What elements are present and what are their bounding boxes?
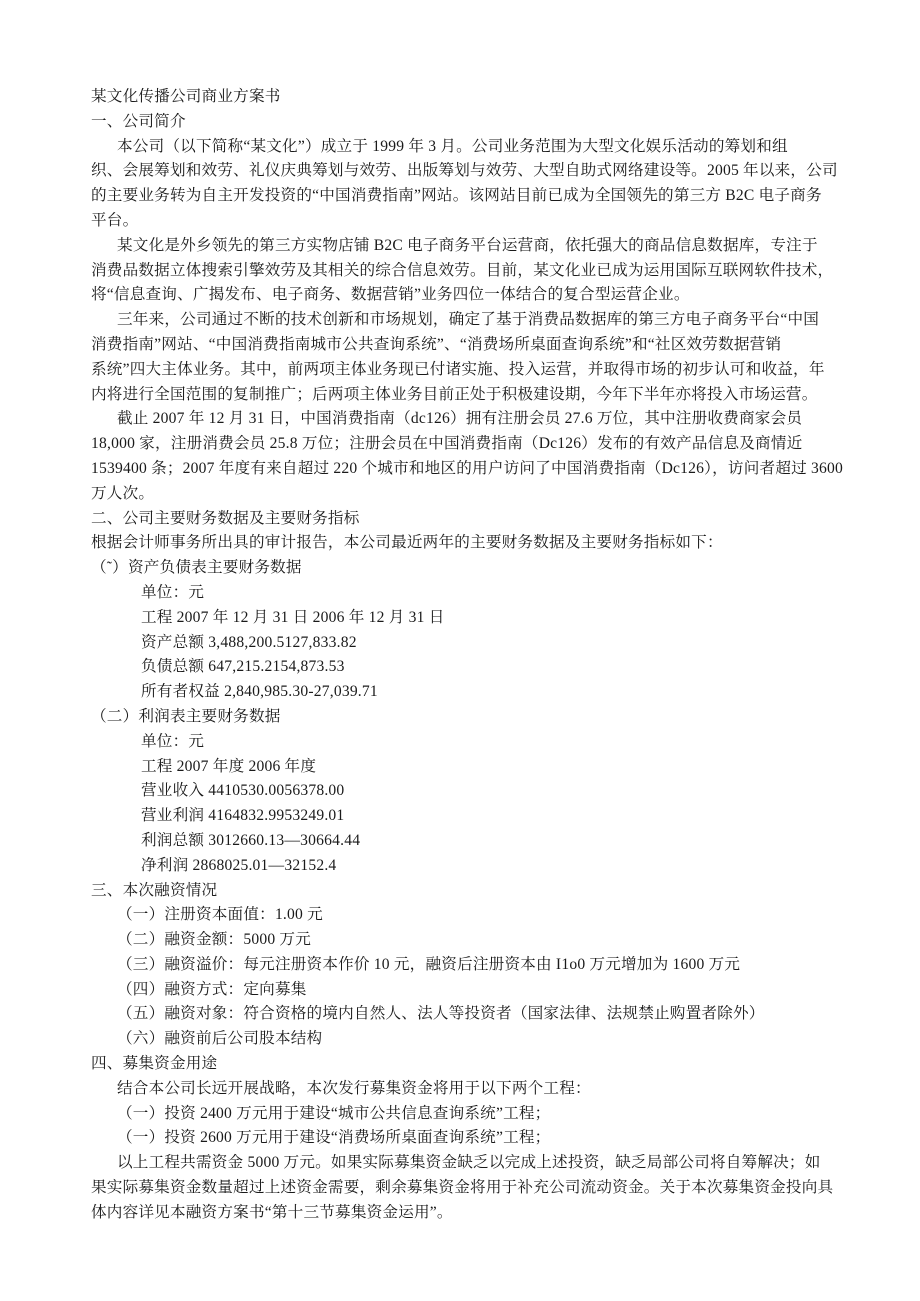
doc-line: 根据会计师事务所出具的审计报告，本公司最近两年的主要财务数据及主要财务指标如下： [91,531,870,556]
list-item: （一）投资 2400 万元用于建设“城市公共信息查询系统”工程； [91,1102,870,1127]
data-line: 净利润 2868025.01—32152.4 [91,854,870,879]
doc-line: 某文化是外乡领先的第三方实物店铺 B2C 电子商务平台运营商，依托强大的商品信息… [91,234,870,259]
data-line: 资产总额 3,488,200.5127,833.82 [91,631,870,656]
doc-line: 将“信息查询、广揭发布、电子商务、数据营销”业务四位一体结合的复合型运营企业。 [91,283,870,308]
doc-line: 以上工程共需资金 5000 万元。如果实际募集资金缺乏以完成上述投资，缺乏局部公… [91,1151,870,1176]
section-3-heading: 三、本次融资情况 [91,879,870,904]
data-line: 单位：元 [91,581,870,606]
doc-line: 内将进行全国范围的复制推广；后两项主体业务目前正处于积极建设期，今年下半年亦将投… [91,383,870,408]
doc-line: 的主要业务转为自主开发投资的“中国消费指南”网站。该网站目前已成为全国领先的第三… [91,184,870,209]
data-line: 工程 2007 年度 2006 年度 [91,755,870,780]
doc-line: 结合本公司长远开展战略，本次发行募集资金将用于以下两个工程： [91,1077,870,1102]
doc-line: 1539400 条；2007 年度有来自超过 220 个城市和地区的用户访问了中… [91,457,870,482]
doc-line: 平台。 [91,209,870,234]
list-item: （三）融资溢价：每元注册资本作价 10 元，融资后注册资本由 I1o0 万元增加… [91,953,870,978]
data-line: 单位：元 [91,730,870,755]
document-body: 某文化传播公司商业方案书一、公司简介本公司（以下简称“某文化”）成立于 1999… [91,85,870,1226]
subsection-heading: （二）利润表主要财务数据 [91,705,870,730]
doc-line: 万人次。 [91,482,870,507]
list-item: （四）融资方式：定向募集 [91,978,870,1003]
section-1-heading: 一、公司简介 [91,110,870,135]
section-4-heading: 四、募集资金用途 [91,1052,870,1077]
data-line: 工程 2007 年 12 月 31 日 2006 年 12 月 31 日 [91,606,870,631]
data-line: 负债总额 647,215.2154,873.53 [91,655,870,680]
doc-line: 截止 2007 年 12 月 31 日，中国消费指南（dc126）拥有注册会员 … [91,407,870,432]
doc-line: 果实际募集资金数量超过上述资金需要，剩余募集资金将用于补充公司流动资金。关于本次… [91,1176,870,1201]
doc-line: 消费指南”网站、“中国消费指南城市公共查询系统”、“消费场所桌面查询系统”和“社… [91,333,870,358]
doc-line: 织、会展筹划和效劳、礼仪庆典筹划与效劳、出版筹划与效劳、大型自助式网络建设等。2… [91,159,870,184]
list-item: （二）融资金额：5000 万元 [91,928,870,953]
data-line: 所有者权益 2,840,985.30-27,039.71 [91,680,870,705]
doc-line: 三年来，公司通过不断的技术创新和市场规划，确定了基于消费品数据库的第三方电子商务… [91,308,870,333]
subsection-heading: （˜）资产负债表主要财务数据 [91,556,870,581]
doc-line: 体内容详见本融资方案书“第十三节募集资金运用”。 [91,1201,870,1226]
document-page[interactable]: 某文化传播公司商业方案书一、公司简介本公司（以下简称“某文化”）成立于 1999… [0,0,920,1301]
list-item: （六）融资前后公司股本结构 [91,1027,870,1052]
data-line: 营业收入 4410530.0056378.00 [91,779,870,804]
list-item: （一）注册资本面值：1.00 元 [91,903,870,928]
doc-line: 系统”四大主体业务。其中，前两项主体业务现已付诸实施、投入运营，并取得市场的初步… [91,358,870,383]
list-item: （五）融资对象：符合资格的境内自然人、法人等投资者（国家法律、法规禁止购置者除外… [91,1002,870,1027]
doc-line: 本公司（以下简称“某文化”）成立于 1999 年 3 月。公司业务范围为大型文化… [91,135,870,160]
doc-line: 18,000 家，注册消费会员 25.8 万位；注册会员在中国消费指南（Dc12… [91,432,870,457]
doc-title: 某文化传播公司商业方案书 [91,85,870,110]
list-item: （一）投资 2600 万元用于建设“消费场所桌面查询系统”工程； [91,1126,870,1151]
data-line: 营业利润 4164832.9953249.01 [91,804,870,829]
doc-line: 消费品数据立体搜索引擎效劳及其相关的综合信息效劳。目前，某文化业已成为运用国际互… [91,259,870,284]
data-line: 利润总额 3012660.13—30664.44 [91,829,870,854]
section-2-heading: 二、公司主要财务数据及主要财务指标 [91,507,870,532]
